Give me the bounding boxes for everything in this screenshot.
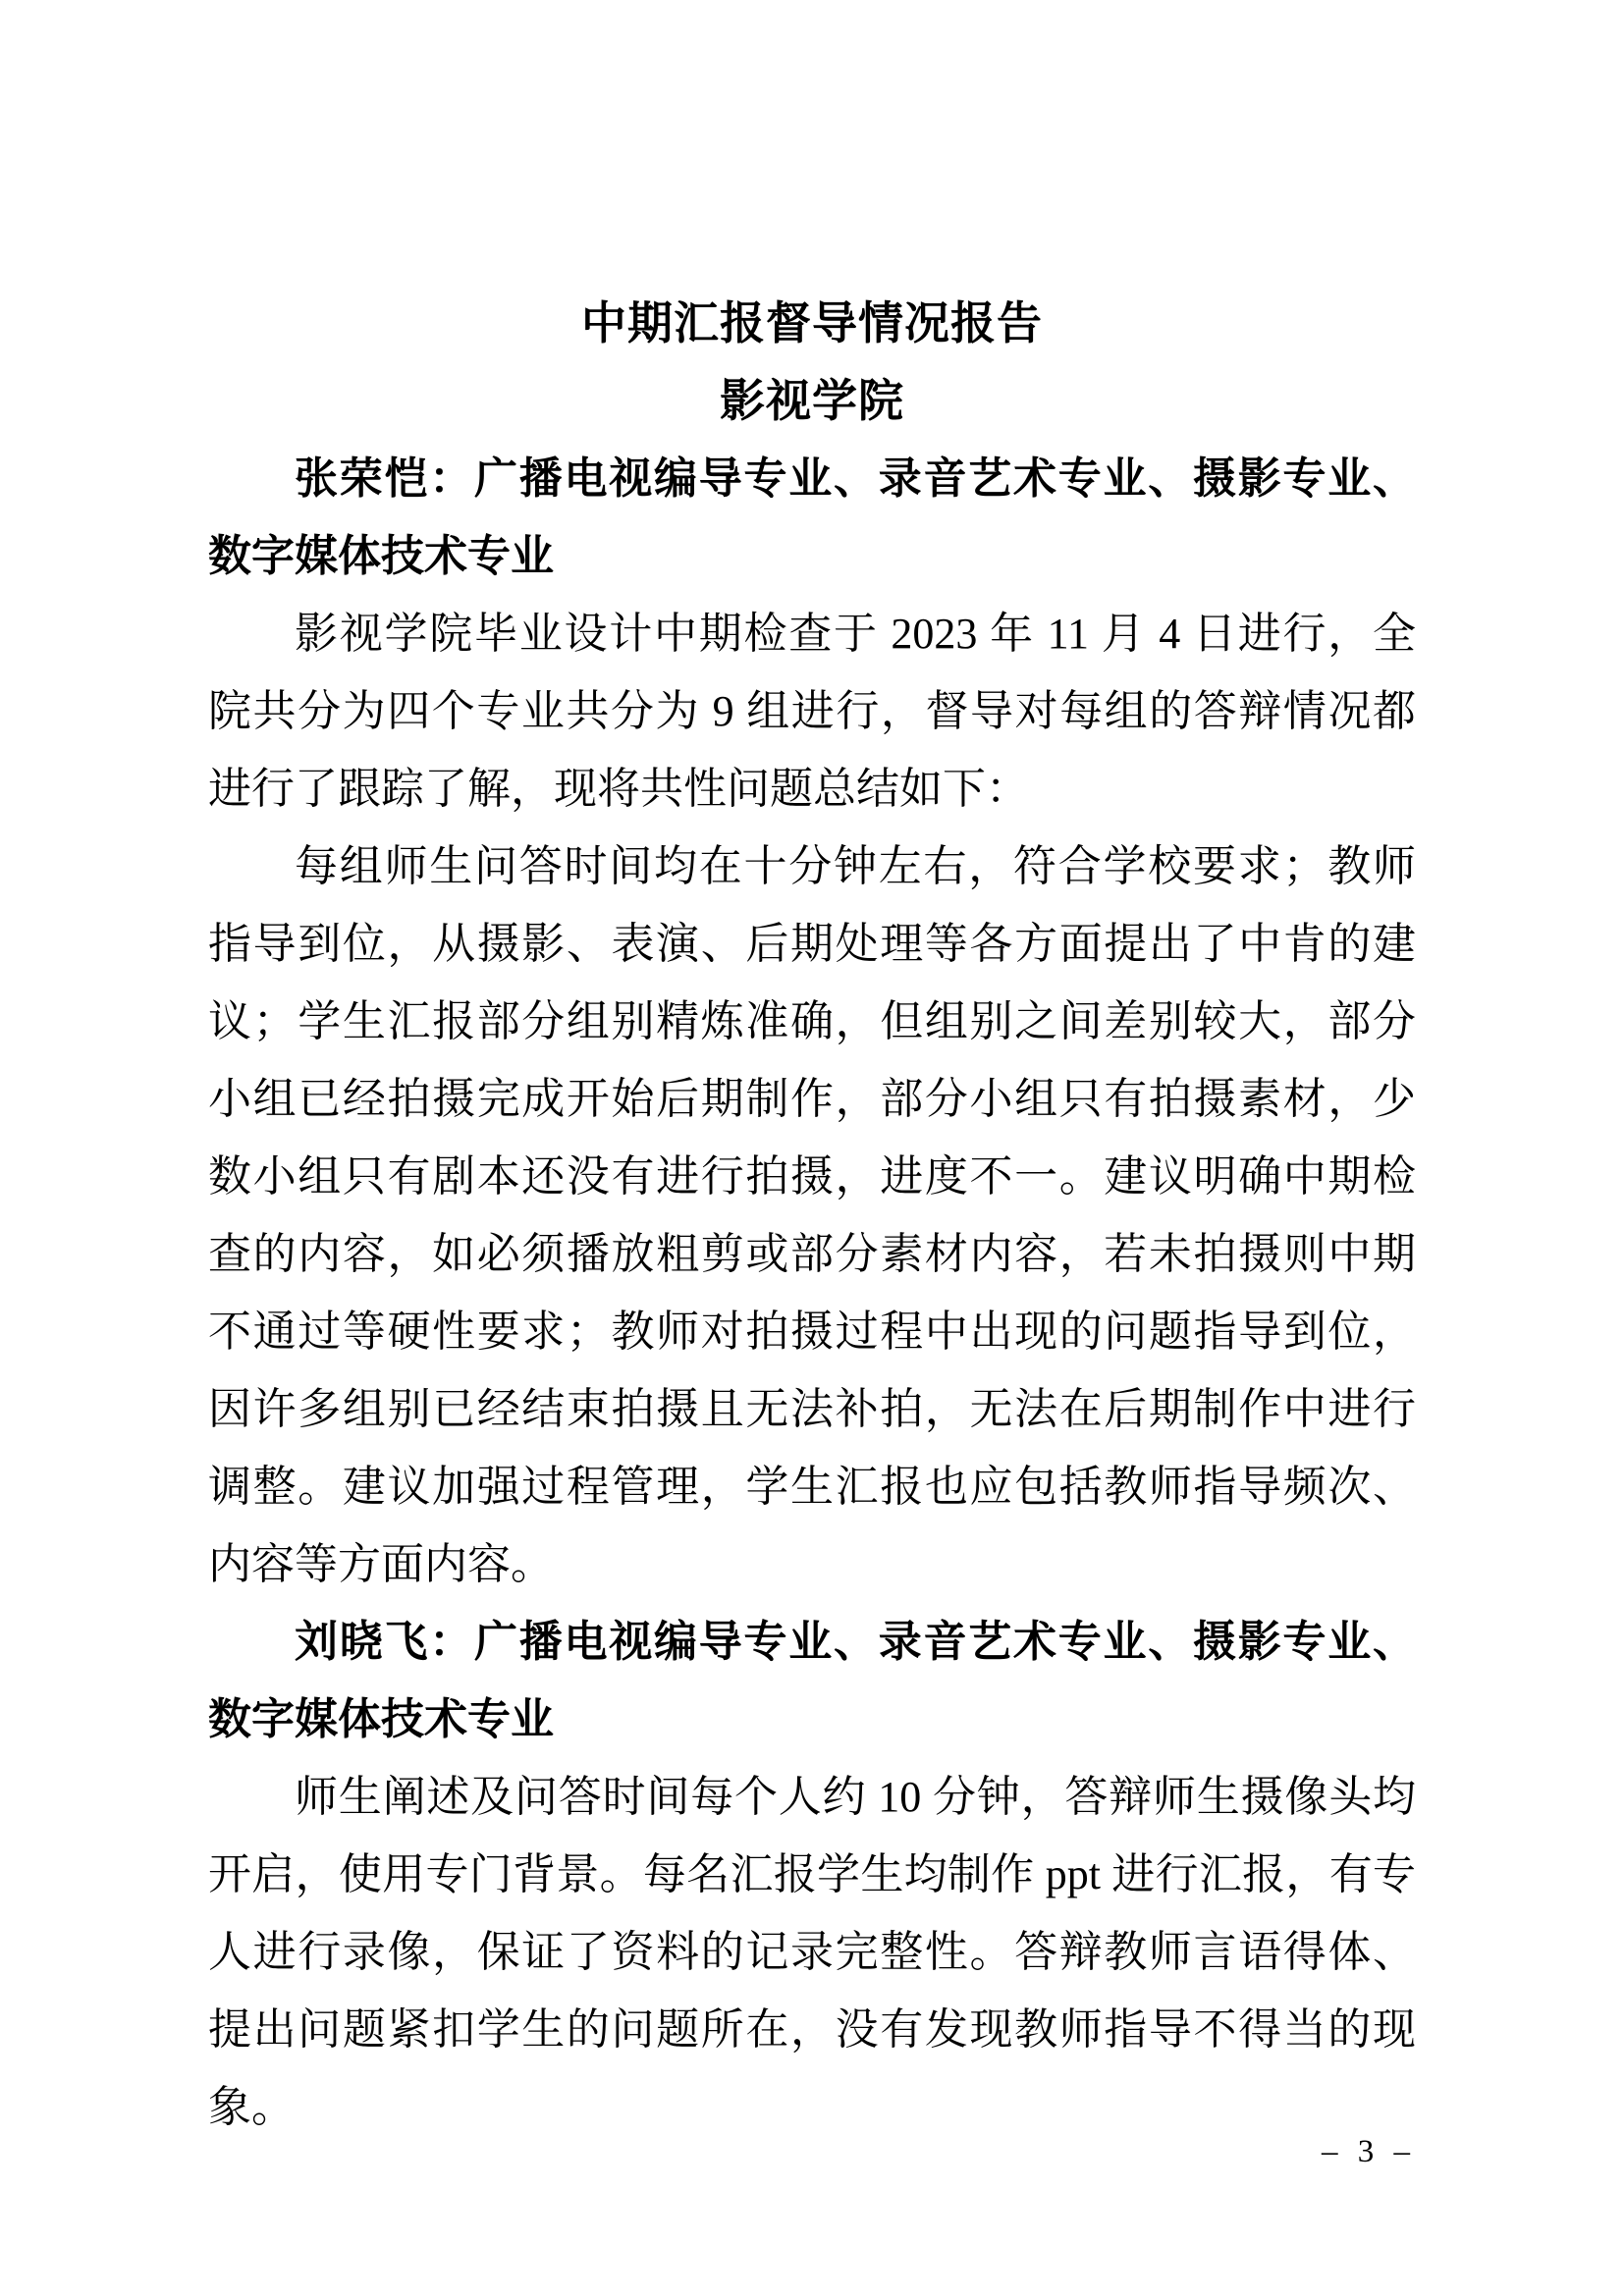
document-content: 中期汇报督导情况报告 影视学院 张荣恺：广播电视编导专业、录音艺术专业、摄影专业… (208, 285, 1416, 2146)
supervisor-zhang-majors-paragraph: 张荣恺：广播电视编导专业、录音艺术专业、摄影专业、数字媒体技术专业 (208, 440, 1416, 595)
document-page: 中期汇报督导情况报告 影视学院 张荣恺：广播电视编导专业、录音艺术专业、摄影专业… (0, 0, 1624, 2296)
document-title: 中期汇报督导情况报告 (208, 285, 1416, 362)
overview-paragraph: 影视学院毕业设计中期检查于 2023 年 11 月 4 日进行，全院共分为四个专… (208, 595, 1416, 828)
document-subtitle: 影视学院 (208, 362, 1416, 440)
supervisor-liu-majors-paragraph: 刘晓飞：广播电视编导专业、录音艺术专业、摄影专业、数字媒体技术专业 (208, 1603, 1416, 1758)
page-number: – 3 – (1322, 2132, 1416, 2171)
liu-findings-paragraph: 师生阐述及问答时间每个人约 10 分钟，答辩师生摄像头均开启，使用专门背景。每名… (208, 1758, 1416, 2146)
zhang-findings-paragraph: 每组师生问答时间均在十分钟左右，符合学校要求；教师指导到位，从摄影、表演、后期处… (208, 828, 1416, 1603)
